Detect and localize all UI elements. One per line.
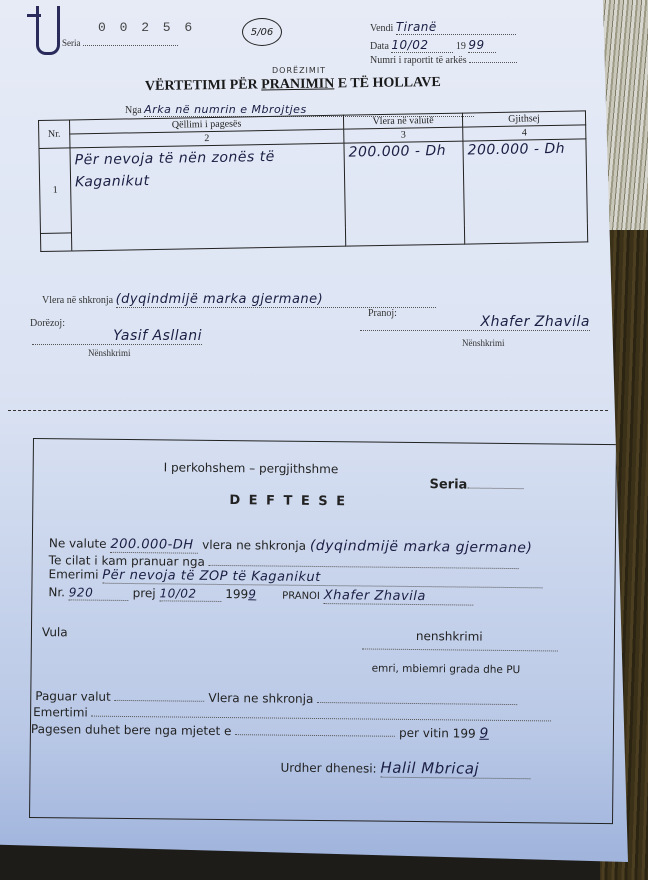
dorezoi-signature-label: Nënshkrimi [88,348,131,358]
vendi-value: Tiranë [396,20,516,35]
row-purpose: Për nevoja të nën zonës të Kaganikut [70,143,346,251]
emri-label: emri, mbiemri grada dhe PU [372,663,521,677]
urdher-field: Urdher dhenesi: Halil Mbricaj [280,758,530,780]
ne-valute-value: 200.000-DH [110,537,198,554]
data-field: Data 10/02 19 99 [370,38,496,53]
seria-number: 0 0 2 5 6 [98,20,195,35]
deftese-receipt: I perkohshem – pergjithshme Seria D E F … [29,438,617,824]
seria-label: Seria [62,38,81,48]
document-page: 0 0 2 5 6 Seria 5/06 Vendi Tiranë Data 1… [0,0,628,862]
title-overwrite: DORËZIMIT [272,66,326,75]
receipt-seria: Seria [429,477,523,493]
nr-field: Nr. 920 prej 10/02 1999 PRANOI Xhafer Zh… [48,585,474,605]
receipt-type: I perkohshem – pergjithshme [164,460,339,476]
data-value: 10/02 [391,38,453,53]
pranoi-signature-label: Nënshkrimi [462,338,505,348]
amount-words-value: (dyqindmijë marka gjermane) [116,292,436,308]
prej-value: 10/02 [159,586,221,602]
header-nr: Nr. [39,120,70,149]
vlera-value: (dyqindmijë marka gjermane) [310,538,533,556]
document-title: VËRTETIMI PËR PRANIMIN E TË HOLLAVE [145,75,441,95]
per-vitin-value: 9 [479,726,489,742]
urdher-value: Halil Mbricaj [380,759,530,780]
emerimi-value: Për nevoja të ZOP të Kaganikut [102,568,542,589]
nenshkrimi-label: nenshkrimi [416,629,483,644]
pagesen-field: Pagesen duhet bere nga mjetet e per viti… [31,721,489,742]
amount-words-field: Vlera në shkronja (dyqindmijë marka gjer… [42,292,436,308]
seria-field: Seria [62,38,178,48]
report-number-field: Numri i raportit të arkës [370,55,517,66]
row-total: 200.000 - Dh [463,139,588,244]
receipt-title: D E F T E S E [229,493,347,509]
pranoi-value: Xhafer Zhavila [324,588,474,606]
dorezoi-name: Yasif Asllani [32,328,202,345]
row-value: 200.000 - Dh [344,141,465,246]
vendi-field: Vendi Tiranë [370,20,516,35]
signature-line [362,648,558,651]
table-row: 1 Për nevoja të nën zonës të Kaganikut 2… [39,139,587,233]
year-value: 99 [468,38,496,53]
tear-line [8,410,608,411]
nr-value: 920 [69,585,129,601]
payment-table: Nr. Qëllimi i pagesës Vlera në valutë Gj… [38,110,588,252]
pranoi-name: Xhafer Zhavila [360,314,590,331]
paperclip-mark [27,14,41,17]
year-value: 9 [248,587,256,601]
vula-label: Vula [42,625,68,639]
struck-word: PRANIMIN [261,76,334,92]
stamp-number: 5/06 [242,18,282,46]
